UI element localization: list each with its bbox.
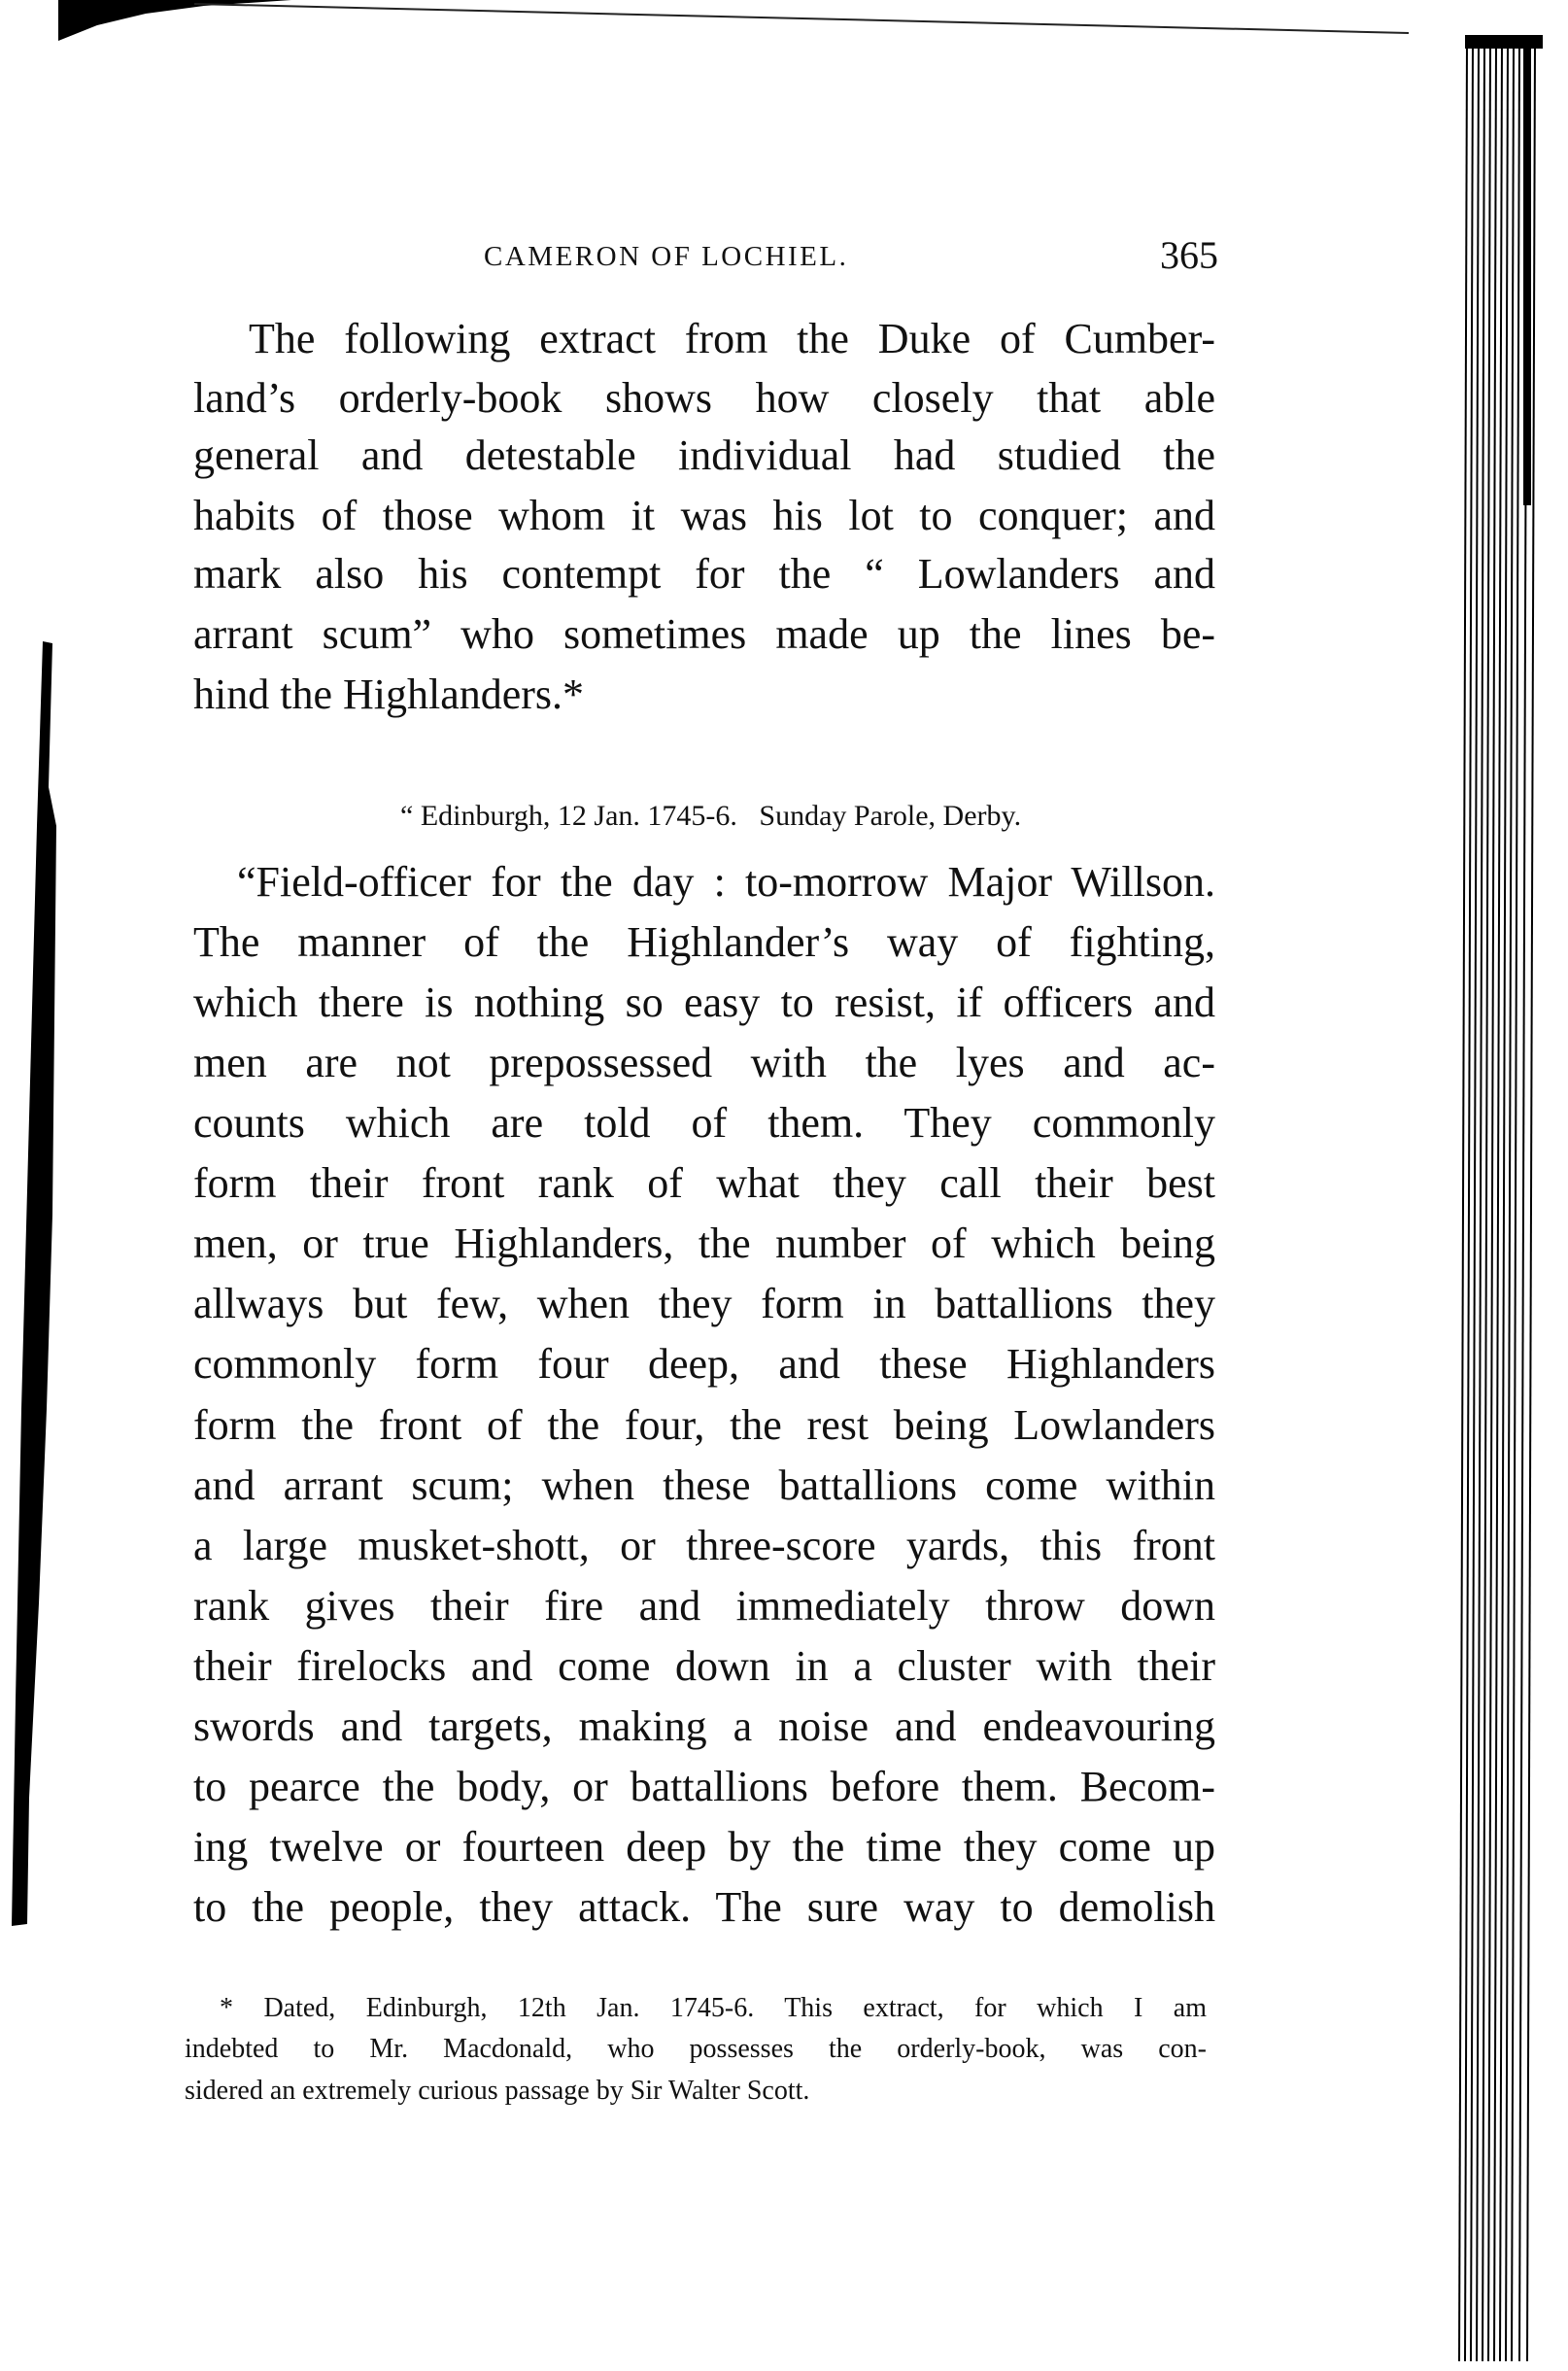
running-title: CAMERON OF LOCHIEL. <box>484 233 848 280</box>
text-line: commonly form four deep, and these Highl… <box>193 1334 1215 1394</box>
book-page: CAMERON OF LOCHIEL. 365 The following ex… <box>0 0 1568 2371</box>
text-line: men, or true Highlanders, the number of … <box>193 1214 1215 1274</box>
scan-top-edge <box>0 0 1568 58</box>
text-line: arrant scum” who sometimes made up the l… <box>193 604 1215 665</box>
text-line: hind the Highlanders.* <box>193 665 1215 725</box>
text-line: allways but few, when they form in batta… <box>193 1274 1215 1334</box>
footnote-line: sidered an extremely curious passage by … <box>185 2071 1207 2112</box>
text-line: their firelocks and come down in a clust… <box>193 1636 1215 1697</box>
text-line: and arrant scum; when these battallions … <box>193 1456 1215 1516</box>
text-line: “Field-officer for the day : to-morrow M… <box>237 852 1215 912</box>
footnote-line: * Dated, Edinburgh, 12th Jan. 1745-6. Th… <box>220 1988 1207 2029</box>
text-line: which there is nothing so easy to resist… <box>193 973 1215 1033</box>
scan-left-binding-shadow <box>0 632 68 1934</box>
text-line: ing twelve or fourteen deep by the time … <box>193 1817 1215 1877</box>
text-line: The following extract from the Duke of C… <box>249 309 1215 369</box>
text-line: swords and targets, making a noise and e… <box>193 1697 1215 1757</box>
text-line: The manner of the Highlander’s way of fi… <box>193 912 1215 973</box>
text-line: form their front rank of what they call … <box>193 1153 1215 1214</box>
page-number: 365 <box>1144 229 1218 282</box>
text-line: rank gives their fire and immediately th… <box>193 1576 1215 1636</box>
text-line: counts which are told of them. They comm… <box>193 1093 1215 1153</box>
dateline: “ Edinburgh, 12 Jan. 1745-6. Sunday Paro… <box>400 797 1183 836</box>
text-line: form the front of the four, the rest bei… <box>193 1395 1215 1456</box>
text-line: general and detestable individual had st… <box>193 426 1215 486</box>
text-line: to pearce the body, or battallions befor… <box>193 1757 1215 1817</box>
text-line: mark also his contempt for the “ Lowland… <box>193 544 1215 604</box>
text-line: land’s orderly-book shows how closely th… <box>193 368 1215 429</box>
scan-right-page-edges <box>1438 19 1568 2371</box>
footnote-line: indebted to Mr. Macdonald, who possesses… <box>185 2029 1207 2070</box>
text-line: a large musket-shott, or three-score yar… <box>193 1516 1215 1576</box>
text-line: men are not prepossessed with the lyes a… <box>193 1033 1215 1093</box>
text-line: habits of those whom it was his lot to c… <box>193 486 1215 546</box>
text-line: to the people, they attack. The sure way… <box>193 1877 1215 1938</box>
